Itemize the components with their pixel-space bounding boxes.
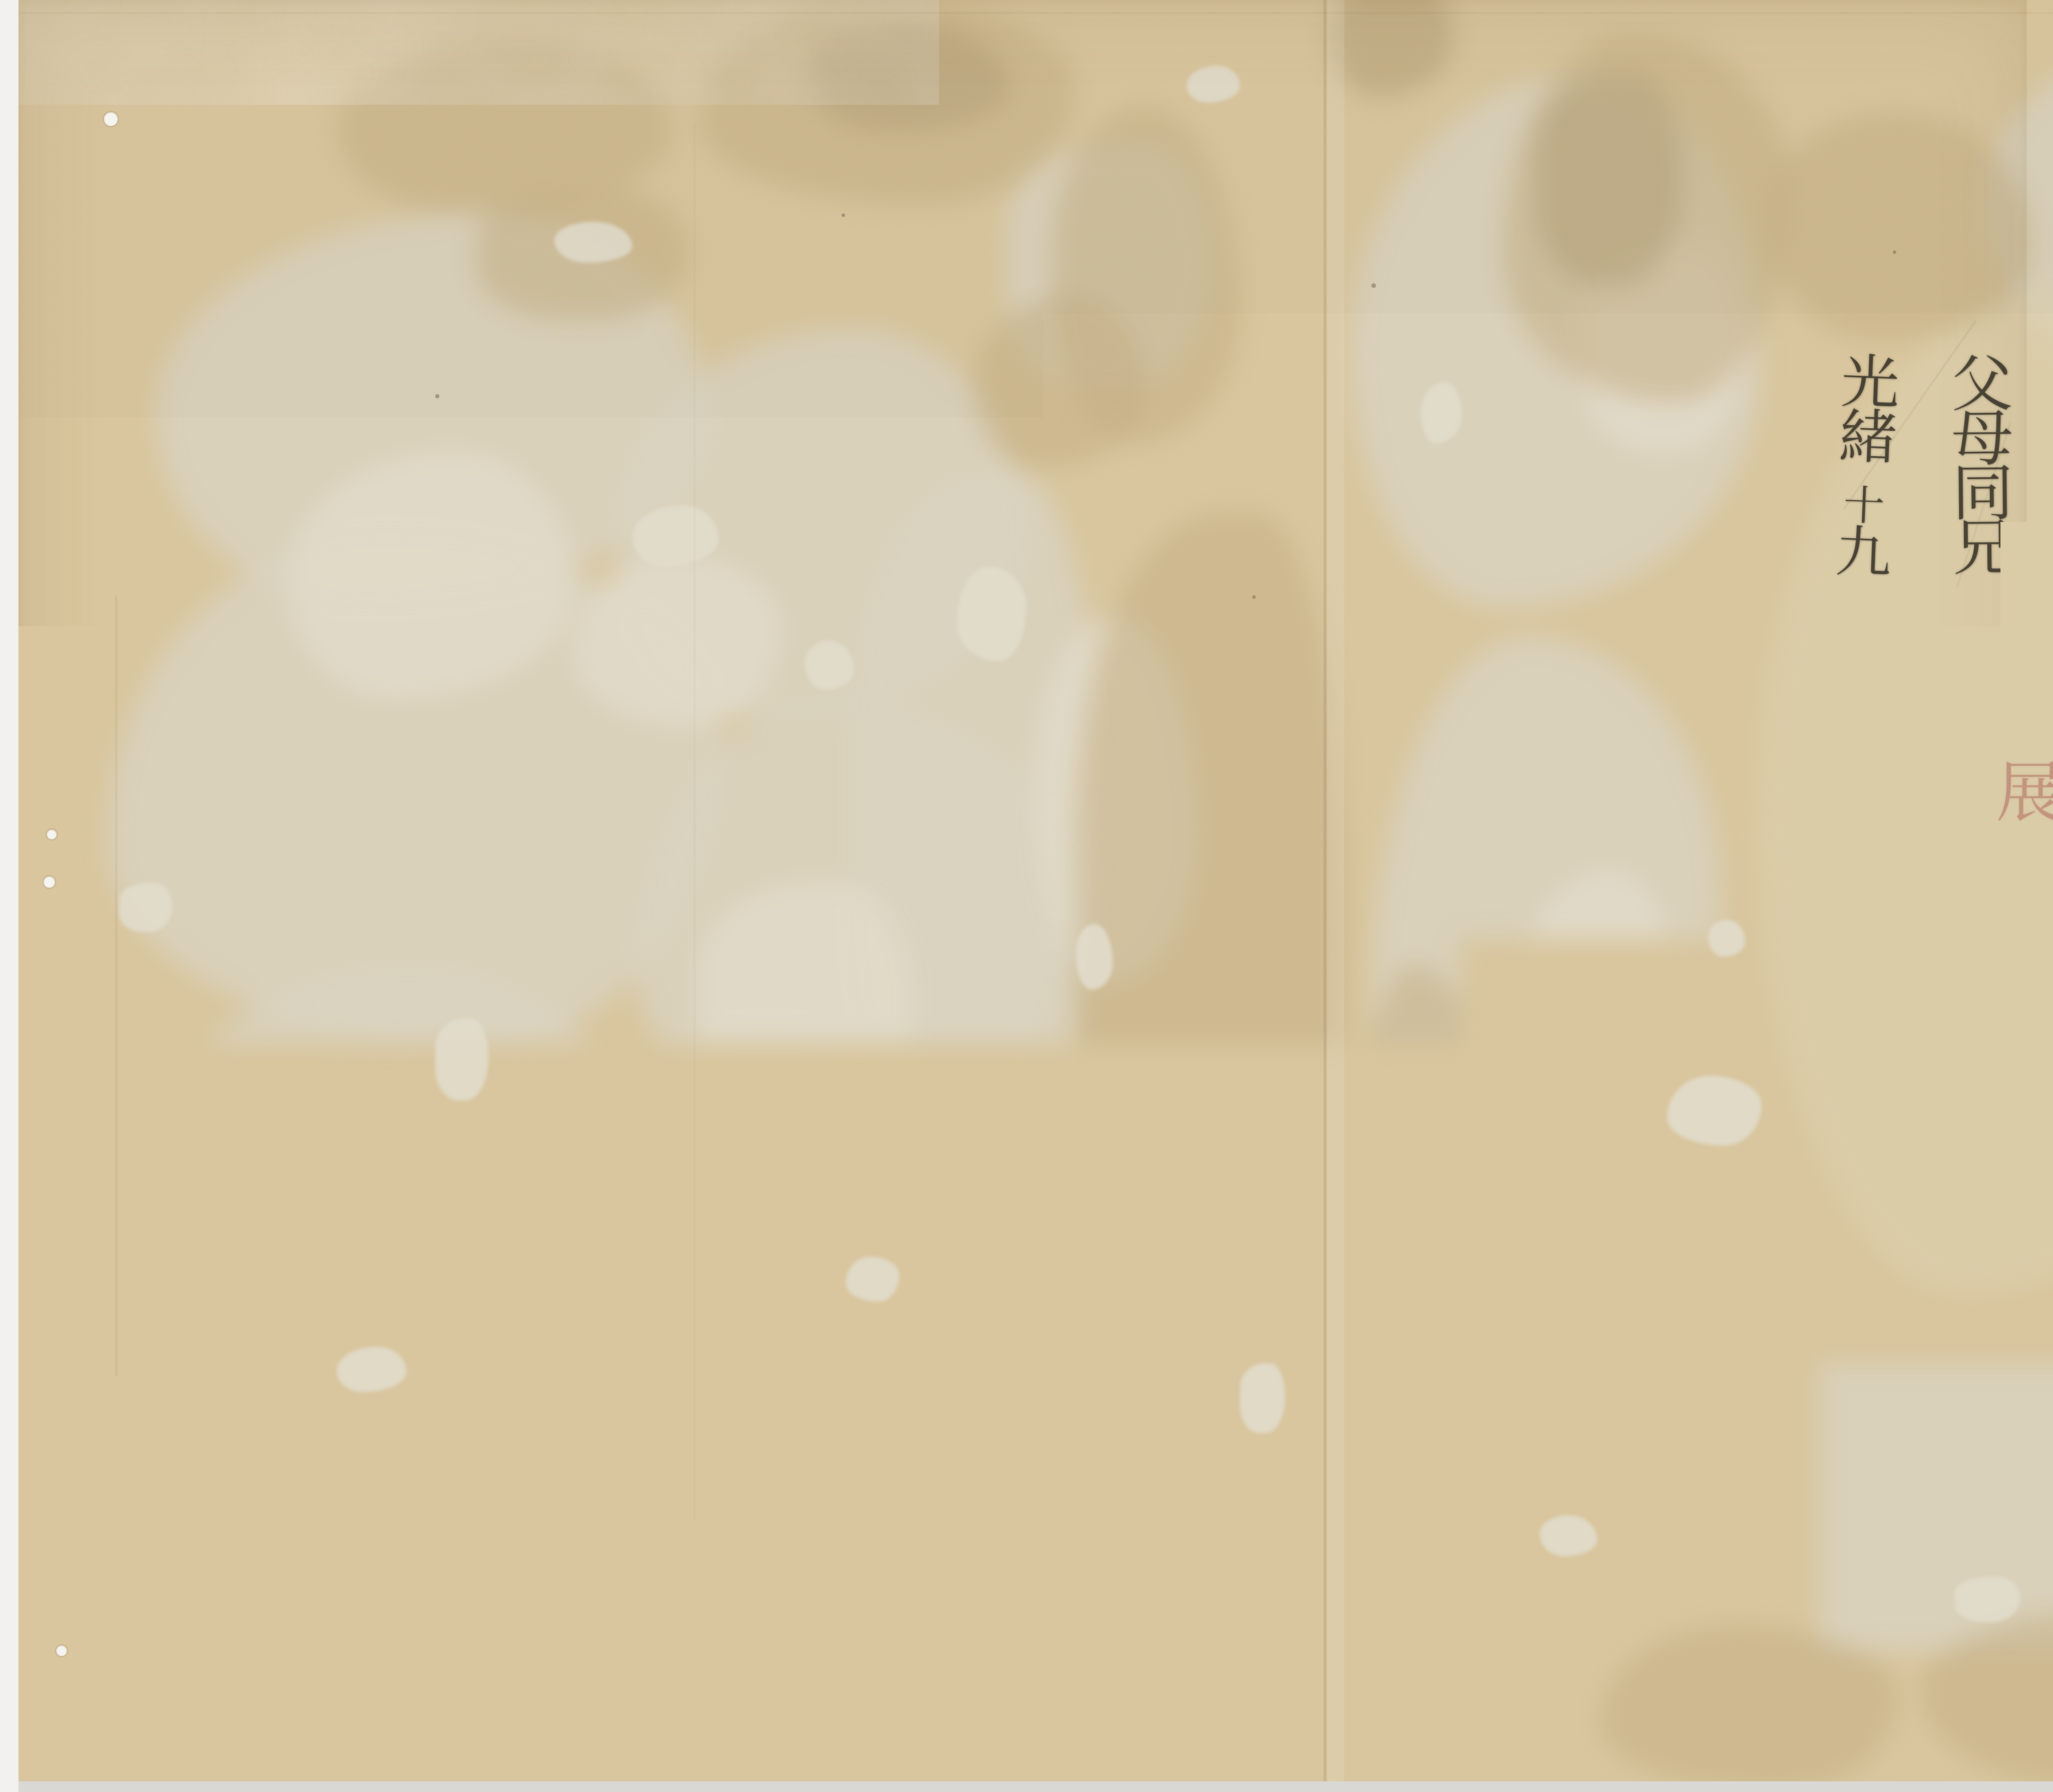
top-edge-crease [18, 12, 2053, 14]
red-annotation-char: 展 [1985, 758, 2053, 823]
crease-layer [0, 0, 2053, 1792]
year-digit-1: 十 [1836, 483, 1885, 526]
paper-speck [928, 760, 932, 763]
scanner-margin-bottom [18, 1781, 2053, 1792]
paper-speck [842, 214, 845, 217]
scanner-margin-left [0, 0, 18, 1792]
paper-speck [1893, 250, 1896, 254]
year-digit-2: 九 [1826, 522, 1892, 579]
paper-speck [1371, 283, 1376, 288]
paper-speck [160, 875, 163, 878]
punch-hole [104, 112, 118, 126]
punch-hole [44, 876, 55, 888]
left-sheet-crease [115, 595, 117, 1376]
month-word: 月 [1804, 1038, 1874, 1099]
born-word: 生 [1800, 1186, 1867, 1244]
paper-speck [620, 1195, 624, 1199]
year-cyclic: 年癸巳 [1814, 675, 1888, 845]
paper-speck [267, 698, 271, 702]
day-word: 日 [1810, 1149, 1860, 1192]
paper-speck [1252, 595, 1256, 599]
paper-speck [435, 394, 439, 398]
parents-text: 父母同兄 [1940, 351, 2014, 570]
center-fold-seam [1324, 0, 1326, 1783]
punch-hole [56, 1645, 67, 1656]
month-digit-1: 十 [1822, 833, 1872, 875]
month-digit-2: 一 [1828, 872, 1863, 903]
paper-speck [1605, 846, 1609, 849]
center-fold-highlight [1327, 0, 1344, 1783]
red-annotation: 展 [1991, 758, 2053, 823]
left-sheet-crease-2 [694, 123, 695, 1519]
era-name: 光緒 [1828, 350, 1900, 462]
punch-hole [47, 829, 57, 839]
paper-speck [1113, 1359, 1116, 1362]
